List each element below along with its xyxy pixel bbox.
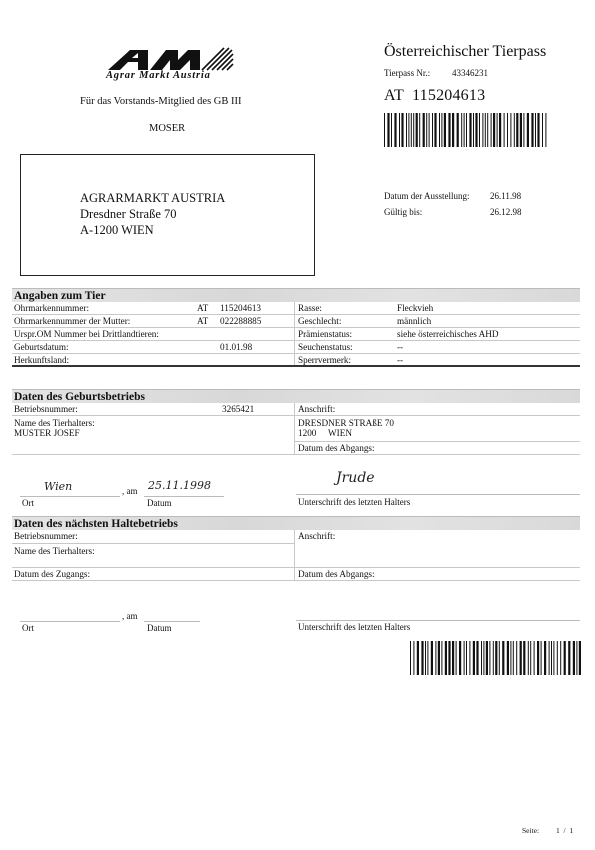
- address-line-1: AGRARMARKT AUSTRIA: [80, 191, 225, 206]
- ear-tag-number: AT 115204613: [384, 87, 485, 105]
- next-farm-heading: Daten des nächsten Haltebetriebs: [12, 516, 580, 530]
- ama-logo-icon: [108, 44, 238, 72]
- signature-label: Unterschrift des letzten Halters: [298, 497, 410, 507]
- animal-row: Ohrmarkennummer:AT115204613Rasse:Fleckvi…: [12, 302, 580, 315]
- birth-farm-address-city: WIEN: [328, 428, 352, 438]
- animal-field-label: Geburtsdatum:: [14, 341, 69, 353]
- animal-field-label: Urspr.OM Nummer bei Drittlandtieren:: [14, 328, 159, 340]
- place-label: Ort: [22, 498, 34, 508]
- animal-field-label: Ohrmarkennummer:: [14, 302, 89, 314]
- animal-section-heading: Angaben zum Tier: [12, 288, 580, 302]
- birth-farm-holder-label: Name des Tierhalters:: [14, 418, 95, 428]
- animal-row: Herkunftsland:Sperrvermerk:--: [12, 354, 580, 367]
- date-line-2[interactable]: [144, 621, 200, 622]
- animal-field-label: Ohrmarkennummer der Mutter:: [14, 315, 130, 327]
- birth-farm-heading: Daten des Geburtsbetriebs: [12, 389, 580, 403]
- birth-farm-address-zip: 1200: [298, 428, 316, 438]
- animal-row: Ohrmarkennummer der Mutter:AT022288885Ge…: [12, 315, 580, 328]
- birth-farm-departure-label: Datum des Abgangs:: [298, 443, 375, 453]
- handwritten-signature: Jrude: [336, 470, 375, 486]
- animal-field-value-2: männlich: [397, 315, 431, 327]
- animal-row: Urspr.OM Nummer bei Drittlandtieren:Präm…: [12, 328, 580, 341]
- logo-subtitle: Agrar Markt Austria: [106, 70, 211, 81]
- date-label-2: Datum: [147, 623, 172, 633]
- animal-field-value-2: --: [397, 341, 403, 353]
- next-farm-section: Daten des nächsten Haltebetriebs Betrieb…: [12, 516, 580, 581]
- page-number: 1 / 1: [556, 826, 573, 835]
- birth-farm-address-line1: DRESDNER STRAßE 70: [298, 418, 394, 428]
- next-farm-arrival-label: Datum des Zugangs:: [14, 568, 90, 580]
- birth-farm-number-label: Betriebsnummer:: [14, 403, 78, 415]
- birth-farm-holder-value: MUSTER JOSEF: [14, 428, 80, 438]
- animal-field-label-2: Geschlecht:: [298, 315, 341, 327]
- animal-field-label-2: Seuchenstatus:: [298, 341, 353, 353]
- animal-field-value-2: --: [397, 354, 403, 366]
- signature-line: [296, 494, 580, 495]
- handwritten-date: 25.11.1998: [148, 479, 211, 492]
- date-label: Datum: [147, 498, 172, 508]
- valid-until-value: 26.12.98: [490, 207, 522, 217]
- recipient-line: Für das Vorstands-Mitglied des GB III: [80, 96, 241, 107]
- animal-field-value-2: siehe österreichisches AHD: [397, 328, 499, 340]
- page-label: Seite:: [522, 826, 539, 835]
- animal-field-prefix: AT: [197, 315, 208, 327]
- passport-number-label: Tierpass Nr.:: [384, 68, 430, 78]
- animal-field-value: 115204613: [220, 302, 261, 314]
- animal-field-label-2: Rasse:: [298, 302, 322, 314]
- barcode-icon: [410, 641, 585, 675]
- valid-until-label: Gültig bis:: [384, 207, 422, 217]
- place-line: [20, 496, 120, 497]
- birth-farm-address-label: Anschrift:: [298, 403, 335, 415]
- animal-row: Geburtsdatum:01.01.98Seuchenstatus:--: [12, 341, 580, 354]
- signature-line-2[interactable]: [296, 620, 580, 621]
- recipient-name: MOSER: [149, 123, 185, 134]
- barcode-icon: [384, 113, 549, 147]
- animal-field-label: Herkunftsland:: [14, 354, 69, 366]
- birth-farm-section: Daten des Geburtsbetriebs Betriebsnummer…: [12, 389, 580, 455]
- animal-field-label-2: Prämienstatus:: [298, 328, 352, 340]
- animal-field-prefix: AT: [197, 302, 208, 314]
- animal-field-value-2: Fleckvieh: [397, 302, 433, 314]
- issue-date-value: 26.11.98: [490, 191, 521, 201]
- next-farm-holder-label: Name des Tierhalters:: [14, 545, 95, 557]
- signature-label-2: Unterschrift des letzten Halters: [298, 622, 410, 632]
- date-line: [144, 496, 224, 497]
- animal-field-label-2: Sperrvermerk:: [298, 354, 351, 366]
- address-line-3: A-1200 WIEN: [80, 223, 154, 238]
- am-label: , am: [122, 486, 138, 496]
- animal-section: Angaben zum Tier Ohrmarkennummer:AT11520…: [12, 288, 580, 367]
- next-farm-number-label: Betriebsnummer:: [14, 530, 78, 542]
- passport-number-value: 43346231: [452, 68, 488, 78]
- passport-title: Österreichischer Tierpass: [384, 43, 546, 61]
- place-label-2: Ort: [22, 623, 34, 633]
- address-line-2: Dresdner Straße 70: [80, 207, 177, 222]
- issue-date-label: Datum der Ausstellung:: [384, 191, 470, 201]
- am-label-2: , am: [122, 611, 138, 621]
- animal-field-value: 022288885: [220, 315, 261, 327]
- next-farm-address-label: Anschrift:: [298, 530, 335, 542]
- place-line-2[interactable]: [20, 621, 120, 622]
- birth-farm-number-value: 3265421: [222, 403, 254, 415]
- animal-field-value: 01.01.98: [220, 341, 252, 353]
- next-farm-departure-label: Datum des Abgangs:: [298, 568, 375, 580]
- handwritten-place: Wien: [44, 480, 72, 493]
